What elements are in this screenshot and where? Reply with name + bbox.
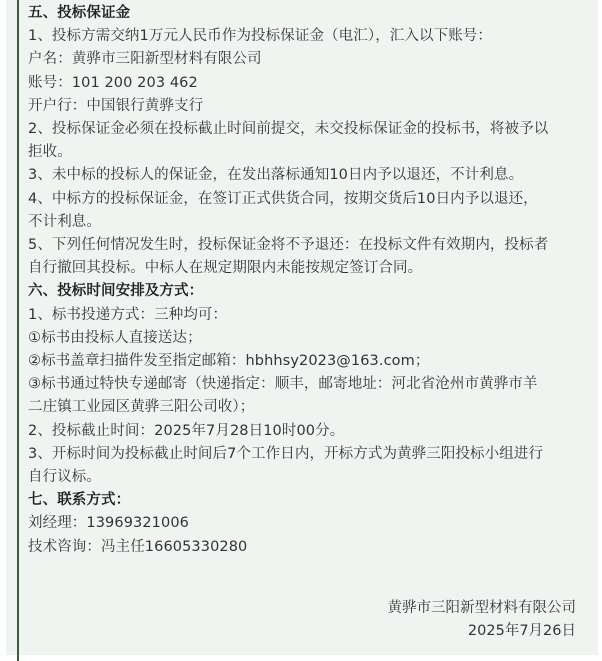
delivery-method-email: ②标书盖章扫描件发至指定邮箱：hbhhsy2023@163.com； xyxy=(28,350,588,373)
deposit-rule-4-line-2: 不计利息。 xyxy=(28,211,588,234)
signature-company: 黄骅市三阳新型材料有限公司 xyxy=(388,597,577,620)
quote-border-rule xyxy=(17,0,19,661)
signature-date: 2025年7月26日 xyxy=(388,620,577,643)
account-name-line: 户名：黄骅市三阳新型材料有限公司 xyxy=(28,48,588,71)
deposit-rule-3: 3、未中标的投标人的保证金，在发出落标通知10日内予以退还，不计利息。 xyxy=(28,164,588,187)
delivery-method-courier-line-2: 二庄镇工业园区黄骅三阳公司收）； xyxy=(28,396,588,419)
deposit-rule-2-line-2: 拒收。 xyxy=(28,141,588,164)
section-heading-deposit: 五、投标保证金 xyxy=(28,2,588,25)
delivery-method-courier-line-1: ③标书通过特快专递邮寄（快递指定：顺丰，邮寄地址：河北省沧州市黄骅市羊 xyxy=(28,373,588,396)
deposit-rule-5-line-2: 自行撤回其投标。中标人在规定期限内未能按规定签订合同。 xyxy=(28,257,588,280)
deposit-rule-2-line-1: 2、投标保证金必须在投标截止时间前提交，未交投标保证金的投标书，将被予以 xyxy=(28,118,588,141)
opening-time-line-2: 自行议标。 xyxy=(28,466,588,489)
contact-technical: 技术咨询：冯主任16605330280 xyxy=(28,536,588,559)
delivery-method-in-person: ①标书由投标人直接送达； xyxy=(28,327,588,350)
section-heading-contact: 七、联系方式： xyxy=(28,489,588,512)
deposit-rule-5-line-1: 5、下列任何情况发生时，投标保证金将不予退还：在投标文件有效期内，投标者 xyxy=(28,234,588,257)
contact-manager: 刘经理：13969321006 xyxy=(28,512,588,535)
deadline-line: 2、投标截止时间：2025年7月28日10时00分。 xyxy=(28,420,588,443)
document-body: 五、投标保证金 1、投标方需交纳1万元人民币作为投标保证金（电汇），汇入以下账号… xyxy=(28,2,588,559)
deposit-amount-line: 1、投标方需交纳1万元人民币作为投标保证金（电汇），汇入以下账号： xyxy=(28,25,588,48)
signature-block: 黄骅市三阳新型材料有限公司 2025年7月26日 xyxy=(388,597,577,643)
section-heading-schedule: 六、投标时间安排及方式： xyxy=(28,280,588,303)
account-number-line: 账号：101 200 203 462 xyxy=(28,72,588,95)
delivery-methods-line: 1、标书投递方式：三种均可： xyxy=(28,304,588,327)
deposit-rule-4-line-1: 4、中标方的投标保证金，在签订正式供货合同，按期交货后10日内予以退还， xyxy=(28,188,588,211)
opening-time-line-1: 3、开标时间为投标截止时间后7个工作日内，开标方式为黄骅三阳投标小组进行 xyxy=(28,443,588,466)
bank-line: 开户行：中国银行黄骅支行 xyxy=(28,95,588,118)
